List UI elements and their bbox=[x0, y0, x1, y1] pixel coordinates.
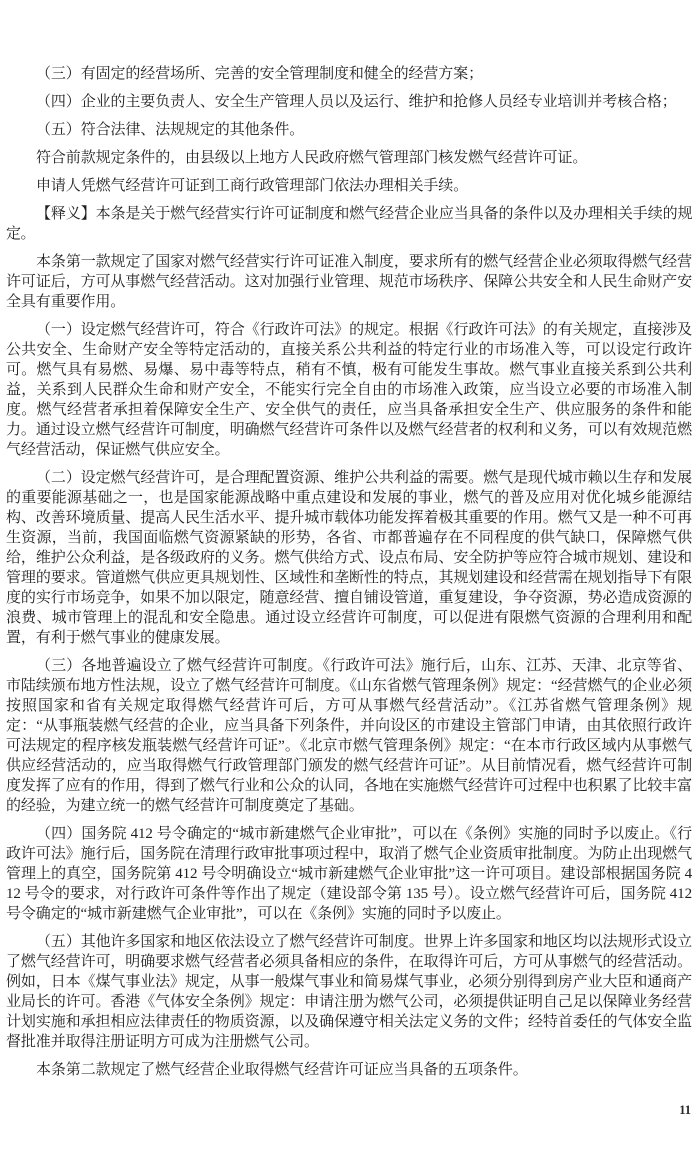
paragraph-clause-one-summary: 本条第一款规定了国家对燃气经营实行许可证准入制度，要求所有的燃气经营企业必须取得… bbox=[6, 252, 692, 312]
paragraph-item-5-other-conditions: （五）符合法律、法规规定的其他条件。 bbox=[6, 120, 692, 140]
paragraph-point-4-decree-412: （四）国务院 412 号令确定的“城市新建燃气企业审批”，可以在《条例》实施的同… bbox=[6, 824, 692, 924]
paragraph-point-1-admin-license-law: （一）设定燃气经营许可，符合《行政许可法》的规定。根据《行政许可法》的有关规定，… bbox=[6, 320, 692, 460]
paragraph-item-4-personnel-training: （四）企业的主要负责人、安全生产管理人员以及运行、维护和抢修人员经专业培训并考核… bbox=[6, 92, 692, 112]
paragraph-license-issuance: 符合前款规定条件的，由县级以上地方人民政府燃气管理部门核发燃气经营许可证。 bbox=[6, 148, 692, 168]
paragraph-clause-two-summary: 本条第二款规定了燃气经营企业取得燃气经营许可证应当具备的五项条件。 bbox=[6, 1060, 692, 1080]
paragraph-point-3-local-regulations: （三）各地普遍设立了燃气经营许可制度。《行政许可法》施行后，山东、江苏、天津、北… bbox=[6, 656, 692, 816]
document-page: （三）有固定的经营场所、完善的安全管理制度和健全的经营方案； （四）企业的主要负… bbox=[0, 0, 700, 1160]
page-number: 11 bbox=[679, 1103, 691, 1118]
paragraph-point-2-resource-allocation: （二）设定燃气经营许可，是合理配置资源、维护公共利益的需要。燃气是现代城市赖以生… bbox=[6, 468, 692, 648]
paragraph-item-3-fixed-premises: （三）有固定的经营场所、完善的安全管理制度和健全的经营方案； bbox=[6, 64, 692, 84]
paragraph-interpretation-header: 【释义】本条是关于燃气经营实行许可证制度和燃气经营企业应当具备的条件以及办理相关… bbox=[6, 204, 692, 244]
document-body: （三）有固定的经营场所、完善的安全管理制度和健全的经营方案； （四）企业的主要负… bbox=[6, 56, 692, 1088]
paragraph-point-5-foreign-regimes: （五）其他许多国家和地区依法设立了燃气经营许可制度。世界上许多国家和地区均以法规… bbox=[6, 932, 692, 1052]
paragraph-business-registration: 申请人凭燃气经营许可证到工商行政管理部门依法办理相关手续。 bbox=[6, 176, 692, 196]
